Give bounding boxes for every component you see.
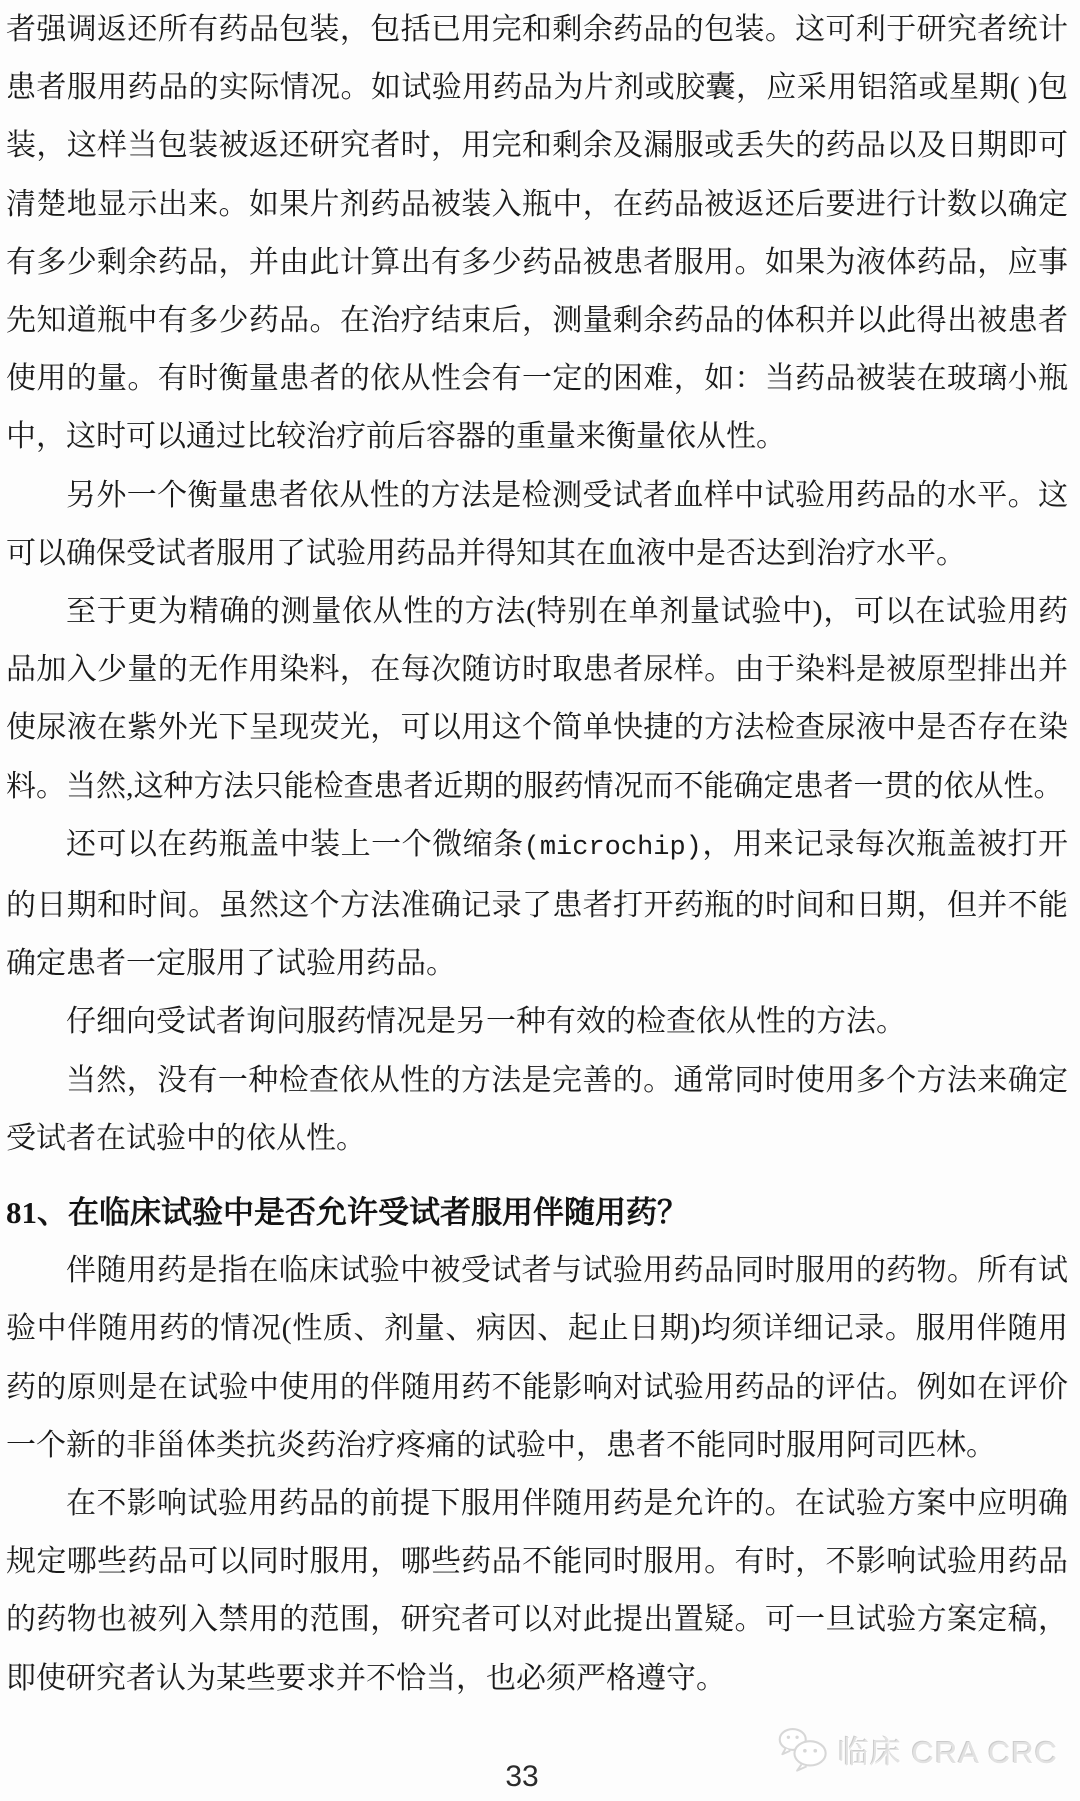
- paragraph-concomitant-definition: 伴随用药是指在临床试验中被受试者与试验用药品同时服用的药物。所有试验中伴随用药的…: [6, 1242, 1068, 1475]
- page-number: 33: [0, 1760, 1044, 1794]
- section-heading-question-81: 81、在临床试验中是否允许受试者服用伴随用药？: [6, 1184, 1068, 1242]
- paragraph-text: 还可以在药瓶盖中装上一个微缩条: [66, 828, 524, 861]
- paragraph-concomitant-rules: 在不影响试验用药品的前提下服用伴随用药是允许的。在试验方案中应明确规定哪些药品可…: [6, 1475, 1068, 1708]
- paragraph-dye-method: 至于更为精确的测量依从性的方法(特别在单剂量试验中)，可以在试验用药品加入少量的…: [6, 583, 1068, 816]
- document-page: 者强调返还所有药品包装，包括已用完和剩余药品的包装。这可利于研究者统计患者服用药…: [0, 0, 1080, 1801]
- latin-term: (microchip): [524, 833, 702, 863]
- document-body: 者强调返还所有药品包装，包括已用完和剩余药品的包装。这可利于研究者统计患者服用药…: [0, 0, 1080, 1708]
- paragraph-microchip-method: 还可以在药瓶盖中装上一个微缩条(microchip)，用来记录每次瓶盖被打开的日…: [6, 816, 1068, 994]
- paragraph-combined-methods: 当然，没有一种检查依从性的方法是完善的。通常同时使用多个方法来确定受试者在试验中…: [6, 1052, 1068, 1168]
- paragraph-blood-sample-method: 另外一个衡量患者依从性的方法是检测受试者血样中试验用药品的水平。这可以确保受试者…: [6, 467, 1068, 583]
- paragraph-interview-method: 仔细向受试者询问服药情况是另一种有效的检查依从性的方法。: [6, 993, 1068, 1051]
- paragraph-drug-packaging: 者强调返还所有药品包装，包括已用完和剩余药品的包装。这可利于研究者统计患者服用药…: [6, 1, 1068, 467]
